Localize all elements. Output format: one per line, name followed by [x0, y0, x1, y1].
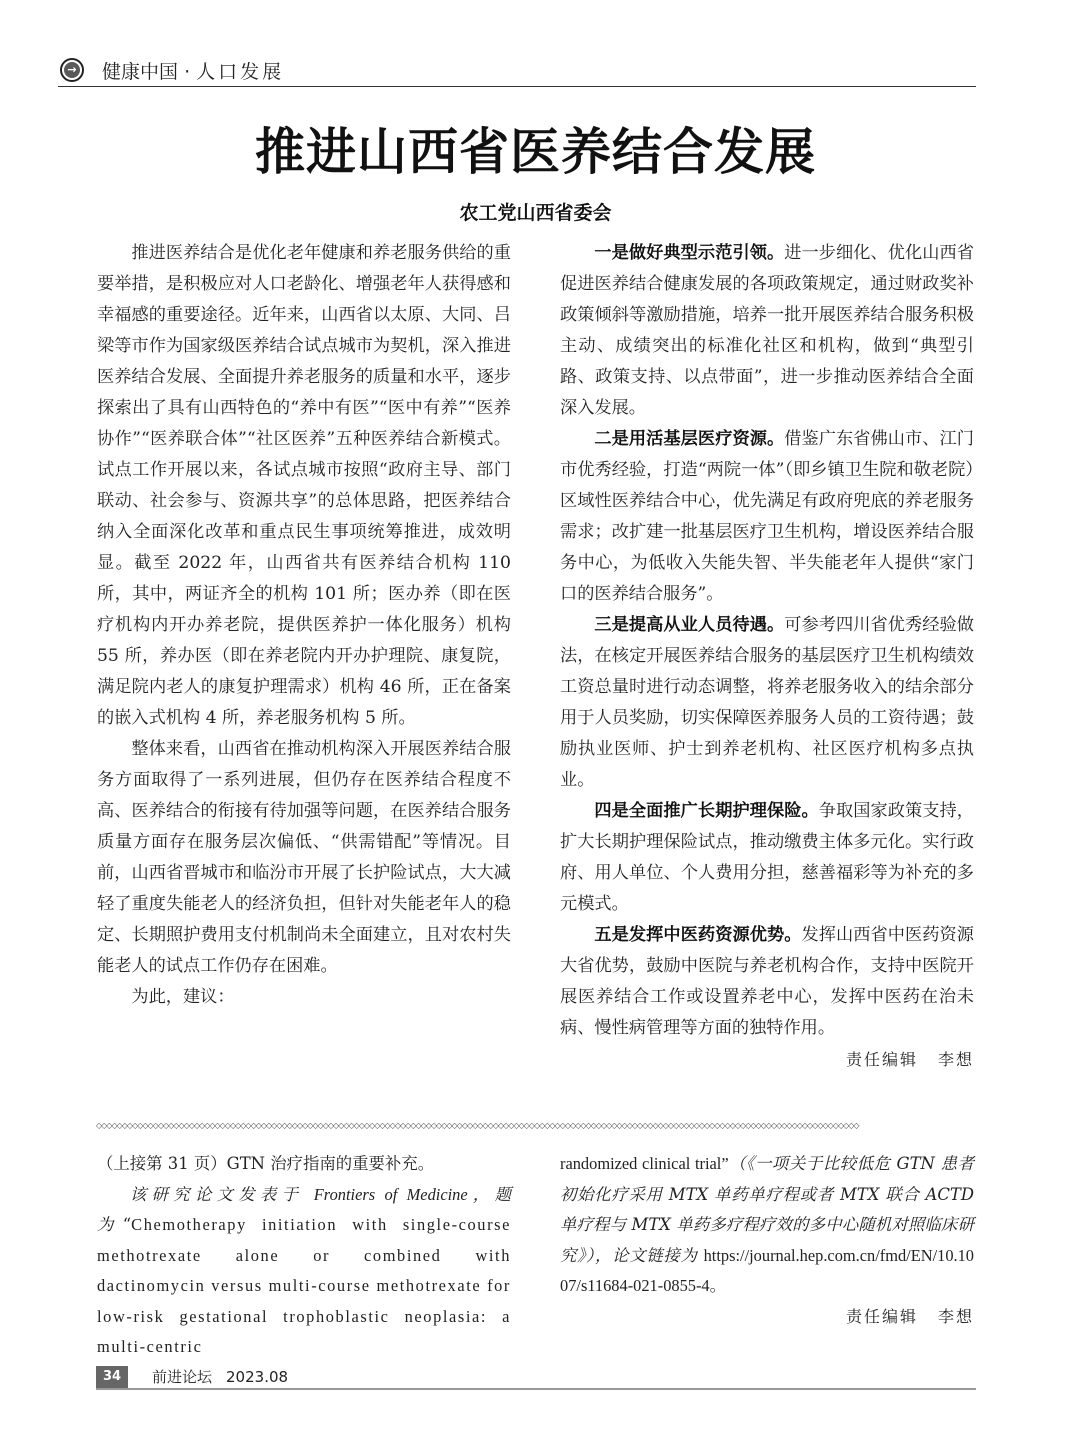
recommendation-heading: 五是发挥中医药资源优势。 [594, 925, 801, 945]
continuation-paragraph: 该研究论文发表于 Frontiers of Medicine，题为“Chemot… [97, 1180, 511, 1363]
english-title-end: randomized clinical trial” [560, 1154, 729, 1173]
paragraph: 推进医养结合是优化老年健康和养老服务供给的重要举措，是积极应对人口老龄化、增强老… [97, 238, 511, 734]
section-title: 健康中国 · 人口发展 [102, 57, 284, 84]
recommendation-body: 进一步细化、优化山西省促进医养结合健康发展的各项政策规定，通过财政奖补政策倾斜等… [560, 243, 974, 418]
editor-credit: 责任编辑李想 [560, 1044, 974, 1075]
editor-name: 李想 [938, 1050, 974, 1069]
publication-info: 前进论坛2023.08 [152, 1366, 288, 1388]
editor-name: 李想 [938, 1307, 974, 1326]
recommendation-3: 三是提高从业人员待遇。可参考四川省优秀经验做法，在核定开展医养结合服务的基层医疗… [560, 610, 974, 796]
quote-mark: “ [123, 1215, 131, 1234]
diamond-divider: ◇◇◇◇◇◇◇◇◇◇◇◇◇◇◇◇◇◇◇◇◇◇◇◇◇◇◇◇◇◇◇◇◇◇◇◇◇◇◇◇… [96, 1122, 976, 1130]
editor-label: 责任编辑 [846, 1050, 918, 1069]
right-column: 一是做好典型示范引领。进一步细化、优化山西省促进医养结合健康发展的各项政策规定，… [560, 238, 974, 1075]
article-author: 农工党山西省委会 [0, 198, 1071, 225]
continuation-paragraph: randomized clinical trial”（《一项关于比较低危 GTN… [560, 1149, 974, 1302]
recommendation-1: 一是做好典型示范引领。进一步细化、优化山西省促进医养结合健康发展的各项政策规定，… [560, 238, 974, 424]
continuation-left-column: （上接第 31 页）GTN 治疗指南的重要补充。 该研究论文发表于 Fronti… [97, 1149, 511, 1363]
page-number: 34 [96, 1366, 128, 1388]
recommendation-heading: 二是用活基层医疗资源。 [594, 429, 784, 449]
section-name: 健康中国 [102, 61, 178, 83]
left-column: 推进医养结合是优化老年健康和养老服务供给的重要举措，是积极应对人口老龄化、增强老… [97, 238, 511, 1013]
continuation-line: （上接第 31 页）GTN 治疗指南的重要补充。 [97, 1149, 511, 1180]
subsection-name: 人口发展 [196, 61, 284, 83]
journal-name: Frontiers of Medicine [314, 1185, 468, 1204]
recommendation-5: 五是发挥中医药资源优势。发挥山西省中医药资源大省优势，鼓励中医院与养老机构合作，… [560, 920, 974, 1044]
section-separator: · [184, 61, 190, 83]
continuation-right-column: randomized clinical trial”（《一项关于比较低危 GTN… [560, 1149, 974, 1332]
publication-name: 前进论坛 [152, 1368, 212, 1386]
arrow-right-circle-icon: → [60, 58, 84, 82]
editor-credit: 责任编辑李想 [560, 1302, 974, 1333]
page-footer: 34 前进论坛2023.08 [96, 1366, 976, 1390]
recommendation-heading: 三是提高从业人员待遇。 [594, 615, 784, 635]
english-title: Chemotherapy initiation with single-cour… [97, 1215, 511, 1356]
recommendation-heading: 四是全面推广长期护理保险。 [594, 801, 818, 821]
text-span: 。 [710, 1276, 726, 1295]
recommendation-heading: 一是做好典型示范引领。 [594, 243, 784, 263]
text-span: 该研究论文发表于 [130, 1185, 314, 1204]
issue-date: 2023.08 [226, 1368, 288, 1386]
recommendation-2: 二是用活基层医疗资源。借鉴广东省佛山市、江门市优秀经验，打造“两院一体”（即乡镇… [560, 424, 974, 610]
running-header: → 健康中国 · 人口发展 [58, 56, 976, 87]
paragraph: 整体来看，山西省在推动机构深入开展医养结合服务方面取得了一系列进展，但仍存在医养… [97, 734, 511, 982]
recommendation-body: 借鉴广东省佛山市、江门市优秀经验，打造“两院一体”（即乡镇卫生院和敬老院）区域性… [560, 429, 974, 604]
recommendation-body: 可参考四川省优秀经验做法，在核定开展医养结合服务的基层医疗卫生机构绩效工资总量时… [560, 615, 974, 790]
recommendation-4: 四是全面推广长期护理保险。争取国家政策支持，扩大长期护理保险试点，推动缴费主体多… [560, 796, 974, 920]
editor-label: 责任编辑 [846, 1307, 918, 1326]
article-title: 推进山西省医养结合发展 [0, 112, 1071, 184]
paragraph: 为此，建议： [97, 982, 511, 1013]
